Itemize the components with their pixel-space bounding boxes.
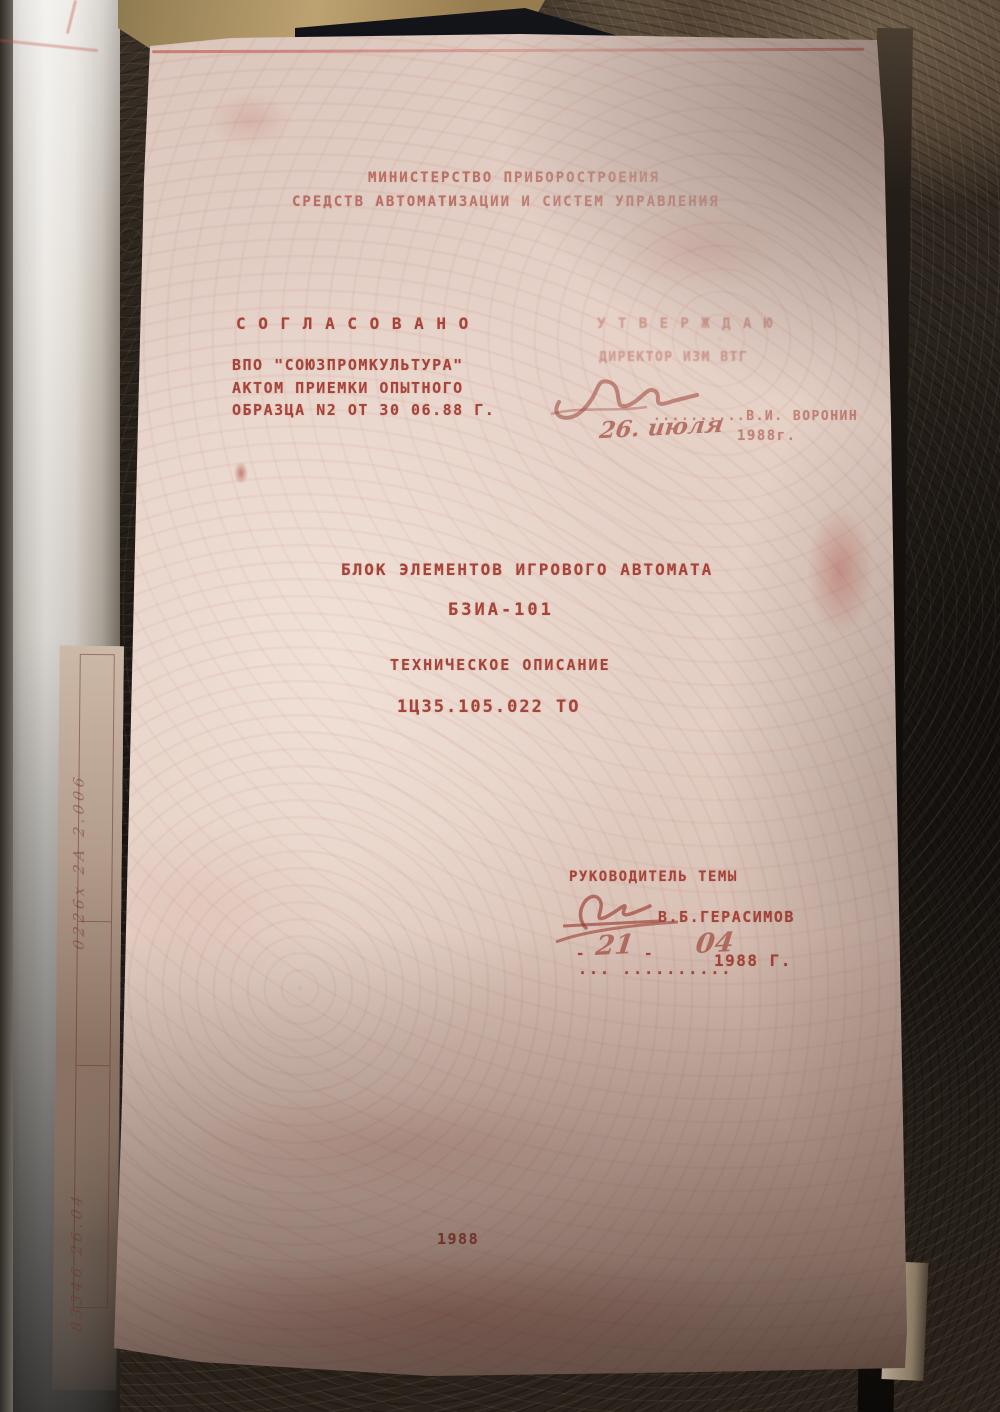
doc-type: ТЕХНИЧЕСКОЕ ОПИСАНИЕ	[390, 656, 611, 674]
left-edge-shadow	[0, 0, 13, 1412]
agreed-title: С О Г Л А С О В А Н О	[236, 314, 470, 333]
lead-date-dots: ... ..........	[578, 960, 732, 978]
agreed-line3: ОБРАЗЦА N2 ОТ 30 06.88 Г.	[232, 401, 495, 419]
spine-handwriting-lower: 83346 26.04	[68, 1191, 86, 1334]
spine-handwriting-upper: 0226х 2А 2.006	[70, 772, 88, 951]
photo-of-document: 0226х 2А 2.006 83346 26.04 МИНИСТЕРСТВО …	[0, 0, 1000, 1412]
doc-number: 1Ц35.105.022 ТО	[397, 697, 581, 717]
spine-sheet	[52, 646, 124, 1391]
subject-model: БЗИА-101	[448, 600, 554, 620]
approved-date-typed: 1988г.	[737, 428, 797, 444]
lead-name: В.Б.ГЕРАСИМОВ	[658, 908, 795, 926]
footer-year: 1988	[437, 1230, 479, 1248]
agreed-line1: ВПО "СОЮЗПРОМКУЛЬТУРА"	[232, 356, 464, 374]
title-page: МИНИСТЕРСТВО ПРИБОРОСТРОЕНИЯ СРЕДСТВ АВТ…	[0, 0, 1000, 1412]
approved-name: В.И. ВОРОНИН	[746, 409, 858, 424]
lead-date-year: 1988 Г.	[714, 951, 792, 970]
lead-date-day: 21	[594, 929, 636, 962]
agreed-line2: АКТОМ ПРИЕМКИ ОПЫТНОГО	[232, 379, 464, 397]
ministry-line2: СРЕДСТВ АВТОМАТИЗАЦИИ И СИСТЕМ УПРАВЛЕНИ…	[292, 194, 720, 210]
subject-title: БЛОК ЭЛЕМЕНТОВ ИГРОВОГО АВТОМАТА	[341, 560, 713, 579]
ministry-line1: МИНИСТЕРСТВО ПРИБОРОСТРОЕНИЯ	[368, 170, 660, 186]
approved-title: У Т В Е Р Ж Д А Ю	[597, 316, 774, 332]
